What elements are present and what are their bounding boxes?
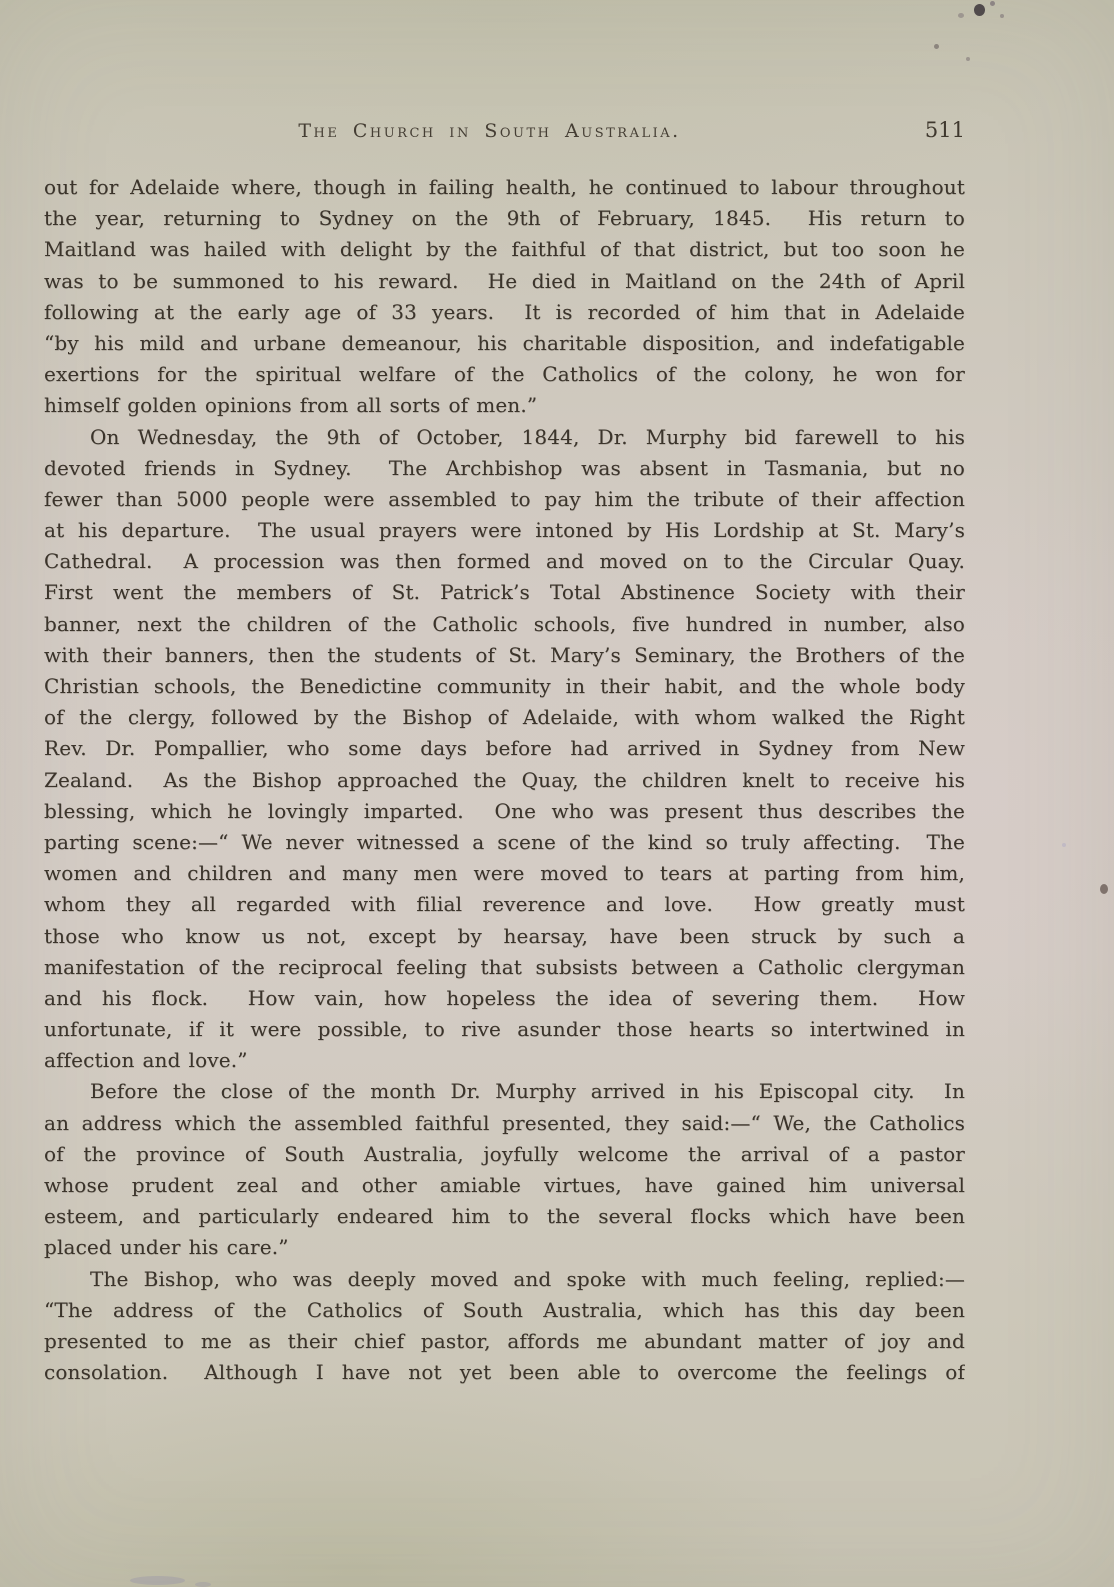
text-line: Before the close of the month Dr. Murphy… [44, 1076, 965, 1107]
running-header: The Church in South Australia. 511 [44, 120, 965, 146]
text-line: blessing, which he lovingly imparted. On… [44, 796, 965, 827]
ink-speck [130, 1576, 185, 1585]
text-line: and his flock. How vain, how hopeless th… [44, 983, 965, 1014]
text-line: The Bishop, who was deeply moved and spo… [44, 1264, 965, 1295]
text-line: unfortunate, if it were possible, to riv… [44, 1014, 965, 1045]
text-line: Maitland was hailed with delight by the … [44, 234, 965, 265]
text-line: Christian schools, the Benedictine commu… [44, 671, 965, 702]
page-number: 511 [925, 118, 965, 142]
text-line: Cathedral. A procession was then formed … [44, 546, 965, 577]
ink-speck [195, 1582, 211, 1587]
text-block: out for Adelaide where, though in failin… [44, 172, 965, 1388]
text-line: with their banners, then the students of… [44, 640, 965, 671]
ink-speck [958, 13, 964, 18]
text-line: of the province of South Australia, joyf… [44, 1139, 965, 1170]
text-line: consolation. Although I have not yet bee… [44, 1357, 965, 1388]
paragraph: Before the close of the month Dr. Murphy… [44, 1076, 965, 1263]
text-line: the year, returning to Sydney on the 9th… [44, 203, 965, 234]
text-line: women and children and many men were mov… [44, 858, 965, 889]
text-line: affection and love.” [44, 1045, 965, 1076]
text-line: First went the members of St. Patrick’s … [44, 577, 965, 608]
text-line: “by his mild and urbane demeanour, his c… [44, 328, 965, 359]
book-page: The Church in South Australia. 511 out f… [0, 0, 1114, 1587]
text-line: whose prudent zeal and other amiable vir… [44, 1170, 965, 1201]
ink-speck [974, 4, 985, 16]
ink-speck [934, 44, 939, 49]
text-line: presented to me as their chief pastor, a… [44, 1326, 965, 1357]
ink-speck [1000, 14, 1004, 18]
text-line: Zealand. As the Bishop approached the Qu… [44, 765, 965, 796]
text-line: an address which the assembled faithful … [44, 1108, 965, 1139]
text-line: of the clergy, followed by the Bishop of… [44, 702, 965, 733]
text-line: whom they all regarded with filial rever… [44, 889, 965, 920]
text-line: manifestation of the reciprocal feeling … [44, 952, 965, 983]
text-line: those who know us not, except by hearsay… [44, 921, 965, 952]
text-line: banner, next the children of the Catholi… [44, 609, 965, 640]
text-line: On Wednesday, the 9th of October, 1844, … [44, 422, 965, 453]
text-line: esteem, and particularly endeared him to… [44, 1201, 965, 1232]
paragraph: On Wednesday, the 9th of October, 1844, … [44, 422, 965, 1077]
paragraph: The Bishop, who was deeply moved and spo… [44, 1264, 965, 1389]
text-line: out for Adelaide where, though in failin… [44, 172, 965, 203]
ink-speck [990, 1, 995, 6]
text-line: was to be summoned to his reward. He die… [44, 266, 965, 297]
text-line: Rev. Dr. Pompallier, who some days befor… [44, 733, 965, 764]
ink-speck [1062, 843, 1066, 847]
text-line: parting scene:—“ We never witnessed a sc… [44, 827, 965, 858]
ink-speck [1100, 884, 1108, 894]
text-line: following at the early age of 33 years. … [44, 297, 965, 328]
text-line: exertions for the spiritual welfare of t… [44, 359, 965, 390]
ink-speck [966, 57, 970, 61]
running-header-title: The Church in South Australia. [44, 120, 935, 142]
text-line: fewer than 5000 people were assembled to… [44, 484, 965, 515]
text-line: placed under his care.” [44, 1232, 965, 1263]
paragraph: out for Adelaide where, though in failin… [44, 172, 965, 422]
text-line: at his departure. The usual prayers were… [44, 515, 965, 546]
text-line: “The address of the Catholics of South A… [44, 1295, 965, 1326]
text-line: himself golden opinions from all sorts o… [44, 390, 965, 421]
text-line: devoted friends in Sydney. The Archbisho… [44, 453, 965, 484]
